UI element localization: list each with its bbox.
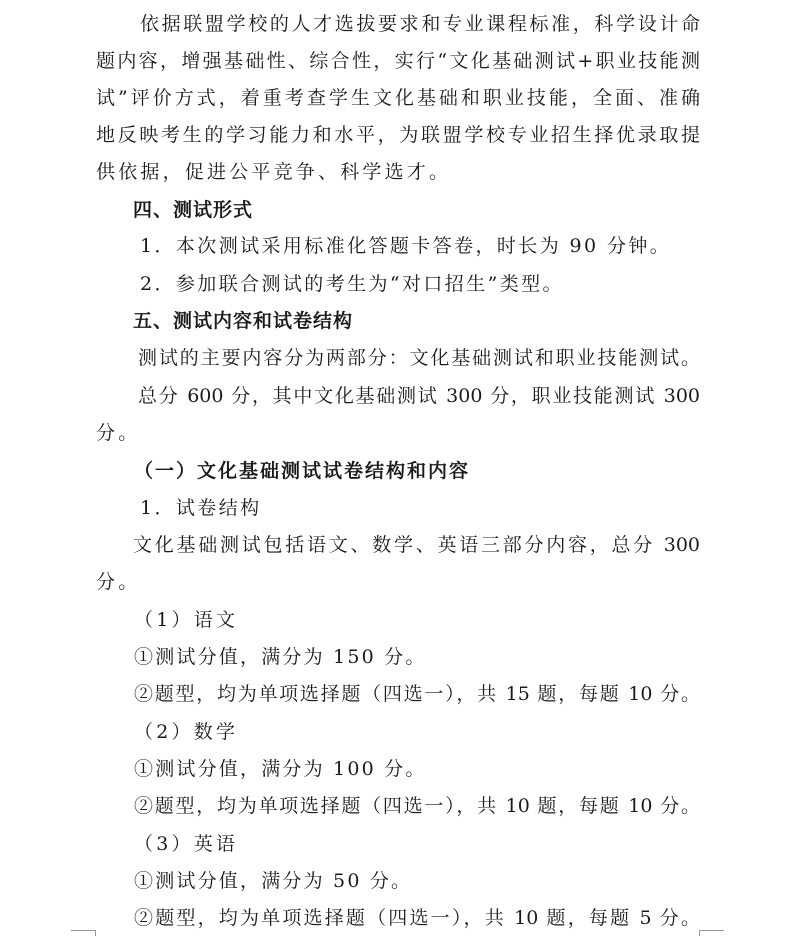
format-item-2: 2．参加联合测试的考生为“对口招生”类型。 bbox=[140, 272, 744, 296]
document-page: 依据联盟学校的人才选拔要求和专业课程标准，科学设计命 题内容，增强基础性、综合性… bbox=[0, 0, 793, 936]
intro-line-4: 地反映考生的学习能力和水平，为联盟学校专业招生择优录取提 bbox=[96, 123, 700, 147]
subject-score-math: ①测试分值，满分为 100 分。 bbox=[134, 757, 738, 781]
content-para-2-line-2: 分。 bbox=[96, 421, 700, 445]
subject-type-english: ②题型，均为单项选择题（四选一），共 10 题，每题 5 分。 bbox=[134, 906, 700, 930]
content-para-2-line-1: 总分 600 分，其中文化基础测试 300 分，职业技能测试 300 bbox=[138, 384, 700, 408]
page-corner-mark-right bbox=[699, 930, 724, 936]
subject-title-english: （3）英语 bbox=[134, 832, 738, 856]
intro-line-1: 依据联盟学校的人才选拔要求和专业课程标准，科学设计命 bbox=[140, 12, 700, 36]
item-paper-structure-title: 1．试卷结构 bbox=[140, 496, 744, 520]
content-para-1: 测试的主要内容分为两部分：文化基础测试和职业技能测试。 bbox=[138, 346, 700, 370]
intro-line-5: 供依据，促进公平竞争、科学选才。 bbox=[96, 160, 700, 184]
section-heading-test-format: 四、测试形式 bbox=[133, 198, 737, 222]
format-item-1: 1．本次测试采用标准化答题卡答卷，时长为 90 分钟。 bbox=[140, 234, 744, 258]
intro-line-3: 试”评价方式，着重考查学生文化基础和职业技能，全面、准确 bbox=[96, 86, 700, 110]
subsection-heading-culture-test: （一）文化基础测试试卷结构和内容 bbox=[134, 459, 738, 483]
intro-line-2: 题内容，增强基础性、综合性，实行“文化基础测试+职业技能测 bbox=[96, 49, 700, 73]
paper-structure-line-2: 分。 bbox=[96, 570, 700, 594]
subject-title-math: （2）数学 bbox=[134, 720, 738, 744]
section-heading-content-structure: 五、测试内容和试卷结构 bbox=[133, 309, 737, 333]
subject-score-chinese: ①测试分值，满分为 150 分。 bbox=[134, 645, 738, 669]
subject-score-english: ①测试分值，满分为 50 分。 bbox=[134, 869, 738, 893]
subject-type-chinese: ②题型，均为单项选择题（四选一），共 15 题，每题 10 分。 bbox=[134, 682, 700, 706]
paper-structure-line-1: 文化基础测试包括语文、数学、英语三部分内容，总分 300 bbox=[133, 533, 700, 557]
subject-title-chinese: （1）语文 bbox=[134, 608, 738, 632]
page-corner-mark-left bbox=[71, 930, 96, 936]
subject-type-math: ②题型，均为单项选择题（四选一），共 10 题，每题 10 分。 bbox=[134, 794, 700, 818]
